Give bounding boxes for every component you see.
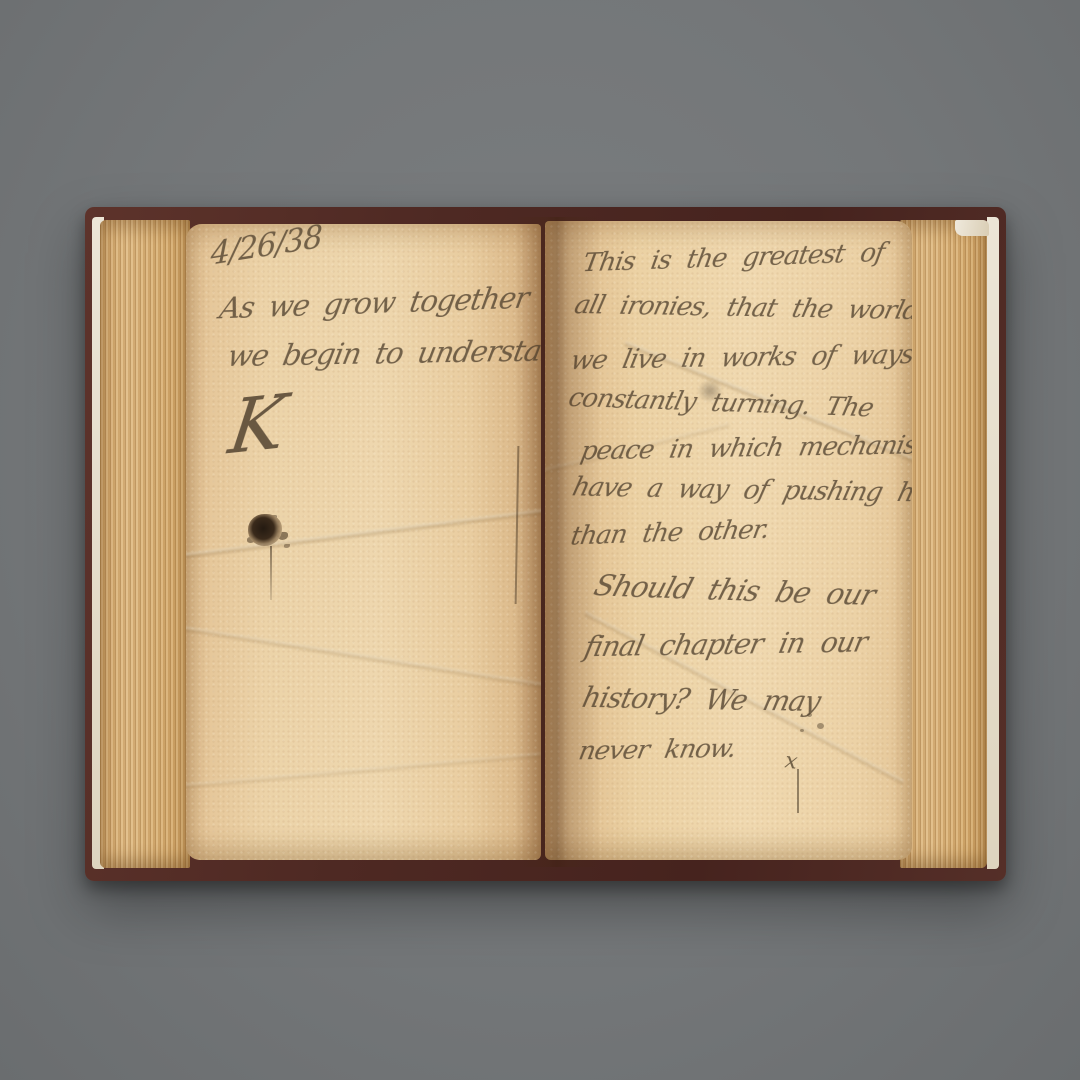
- left-page[interactable]: 4/26/38 As we grow together we begin to …: [186, 224, 541, 860]
- ink-speck: [800, 729, 804, 732]
- handwriting-line: all ironies, that the world: [572, 290, 912, 326]
- end-flourish-stroke: [797, 769, 799, 813]
- scene-background: 4/26/38 As we grow together we begin to …: [0, 0, 1080, 1080]
- page-corner-deckle: [955, 220, 989, 236]
- deckle-edge-right: [987, 217, 999, 869]
- handwriting-line: never know.: [576, 734, 738, 767]
- ink-speck: [807, 713, 812, 717]
- ink-drip: [270, 546, 272, 600]
- page-stack-left: [100, 220, 190, 868]
- ink-speck: [817, 723, 824, 729]
- right-page[interactable]: This is the greatest of all ironies, tha…: [545, 221, 912, 860]
- handwriting-line: we live in works of ways: [568, 340, 912, 376]
- handwriting-line: peace in which mechanisms: [578, 430, 912, 467]
- handwriting-line: history? We may: [579, 681, 823, 718]
- handwriting-line: final chapter in our: [582, 625, 871, 663]
- handwriting-line: we begin to understand: [225, 333, 541, 373]
- open-book: 4/26/38 As we grow together we begin to …: [85, 207, 1006, 881]
- page-stack-right: [900, 220, 987, 868]
